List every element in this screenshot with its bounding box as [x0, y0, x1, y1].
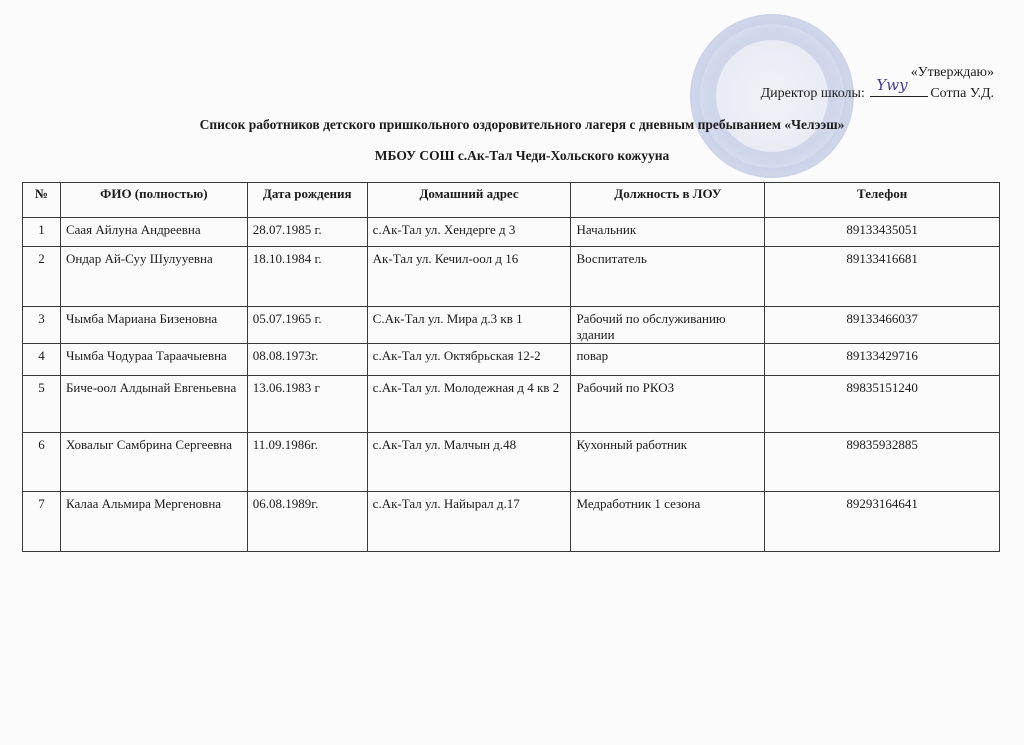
row-number: 6	[23, 433, 61, 492]
header-birth-date: Дата рождения	[247, 183, 367, 218]
phone-number: 89835932885	[765, 433, 1000, 492]
table-row: 1Саая Айлуна Андреевна28.07.1985 г.с.Ак-…	[23, 218, 1000, 247]
header-name: ФИО (полностью)	[60, 183, 247, 218]
position: Кухонный работник	[571, 433, 765, 492]
home-address: с.Ак-Тал ул. Найырал д.17	[367, 492, 571, 552]
employee-name: Ховалыг Самбрина Сергеевна	[60, 433, 247, 492]
employee-name: Ондар Ай-Суу Шулууевна	[60, 247, 247, 307]
home-address: с.Ак-Тал ул. Октябрьская 12-2	[367, 344, 571, 376]
phone-number: 89835151240	[765, 376, 1000, 433]
phone-number: 89293164641	[765, 492, 1000, 552]
table-row: 3Чымба Мариана Бизеновна05.07.1965 г.С.А…	[23, 307, 1000, 344]
home-address: с.Ак-Тал ул. Малчын д.48	[367, 433, 571, 492]
document-subtitle: МБОУ СОШ с.Ак-Тал Чеди-Хольского кожууна	[10, 148, 1024, 164]
birth-date: 28.07.1985 г.	[247, 218, 367, 247]
employee-name: Биче-оол Алдынай Евгеньевна	[60, 376, 247, 433]
document-title: Список работников детского пришкольного …	[10, 117, 1024, 133]
phone-number: 89133435051	[765, 218, 1000, 247]
home-address: С.Ак-Тал ул. Мира д.3 кв 1	[367, 307, 571, 344]
birth-date: 08.08.1973г.	[247, 344, 367, 376]
employee-name: Калаа Альмира Мергеновна	[60, 492, 247, 552]
employee-name: Чымба Мариана Бизеновна	[60, 307, 247, 344]
birth-date: 13.06.1983 г	[247, 376, 367, 433]
header-position: Должность в ЛОУ	[571, 183, 765, 218]
phone-number: 89133416681	[765, 247, 1000, 307]
birth-date: 06.08.1989г.	[247, 492, 367, 552]
position: повар	[571, 344, 765, 376]
director-name: Сотпа У.Д.	[930, 86, 994, 101]
employee-name: Саая Айлуна Андреевна	[60, 218, 247, 247]
table-row: 5Биче-оол Алдынай Евгеньевна13.06.1983 г…	[23, 376, 1000, 433]
row-number: 4	[23, 344, 61, 376]
row-number: 7	[23, 492, 61, 552]
birth-date: 05.07.1965 г.	[247, 307, 367, 344]
home-address: с.Ак-Тал ул. Молодежная д 4 кв 2	[367, 376, 571, 433]
phone-number: 89133466037	[765, 307, 1000, 344]
position: Рабочий по обслуживанию здании	[571, 307, 765, 344]
position: Рабочий по РКОЗ	[571, 376, 765, 433]
birth-date: 18.10.1984 г.	[247, 247, 367, 307]
position: Медработник 1 сезона	[571, 492, 765, 552]
birth-date: 11.09.1986г.	[247, 433, 367, 492]
row-number: 2	[23, 247, 61, 307]
header-phone: Телефон	[765, 183, 1000, 218]
approval-block: «Утверждаю» Директор школы: YwyСотпа У.Д…	[761, 64, 994, 103]
row-number: 3	[23, 307, 61, 344]
table-row: 4Чымба Чодураа Тараачыевна08.08.1973г.с.…	[23, 344, 1000, 376]
position: Воспитатель	[571, 247, 765, 307]
home-address: Ак-Тал ул. Кечил-оол д 16	[367, 247, 571, 307]
row-number: 5	[23, 376, 61, 433]
home-address: с.Ак-Тал ул. Хендерге д 3	[367, 218, 571, 247]
phone-number: 89133429716	[765, 344, 1000, 376]
table-row: 6Ховалыг Самбрина Сергеевна11.09.1986г.с…	[23, 433, 1000, 492]
staff-table: № ФИО (полностью) Дата рождения Домашний…	[22, 182, 1000, 552]
header-address: Домашний адрес	[367, 183, 571, 218]
table-row: 7Калаа Альмира Мергеновна06.08.1989г.с.А…	[23, 492, 1000, 552]
header-number: №	[23, 183, 61, 218]
table-row: 2Ондар Ай-Суу Шулууевна18.10.1984 г.Ак-Т…	[23, 247, 1000, 307]
row-number: 1	[23, 218, 61, 247]
employee-name: Чымба Чодураа Тараачыевна	[60, 344, 247, 376]
position: Начальник	[571, 218, 765, 247]
signature: Ywy	[870, 82, 928, 97]
director-label: Директор школы:	[761, 86, 865, 101]
table-header-row: № ФИО (полностью) Дата рождения Домашний…	[23, 183, 1000, 218]
director-line: Директор школы: YwyСотпа У.Д.	[761, 82, 994, 103]
